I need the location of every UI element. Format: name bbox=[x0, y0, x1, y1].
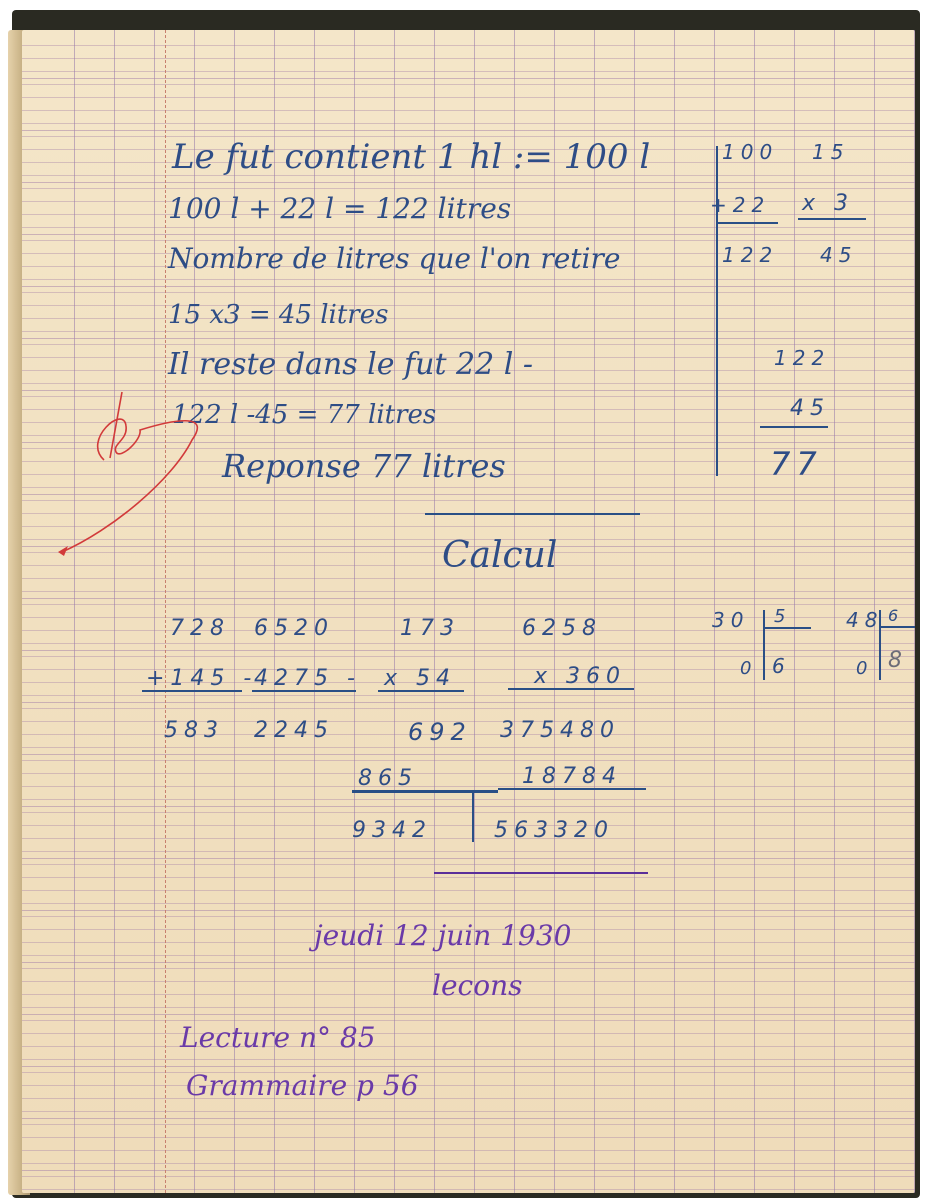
partial-right: 18784 bbox=[522, 766, 622, 788]
side-add-rule bbox=[718, 222, 778, 224]
div1-quotient: 6 bbox=[772, 656, 791, 676]
side-sub-top: 122 bbox=[774, 348, 830, 368]
op2-result: 2245 bbox=[254, 720, 334, 742]
side-add-result: 122 bbox=[722, 245, 778, 265]
notebook-page: Le fut contient 1 hl := 100 l 100 l + 22… bbox=[22, 30, 915, 1193]
total-left: 9342 bbox=[352, 820, 432, 842]
total-right: 563320 bbox=[494, 820, 614, 842]
side-sub-bottom: 45 bbox=[790, 398, 830, 420]
div2-rule bbox=[879, 626, 915, 628]
op4-rule bbox=[508, 688, 634, 690]
answer-line: Reponse 77 litres bbox=[222, 450, 506, 482]
problem-line-3: Nombre de litres que l'on retire bbox=[168, 245, 620, 273]
answer-underline bbox=[425, 513, 640, 515]
lesson-item-reading: Lecture n° 85 bbox=[180, 1024, 376, 1052]
op2-bottom: 4275 - bbox=[254, 668, 361, 690]
op2-rule bbox=[252, 690, 356, 692]
total-divider bbox=[472, 792, 474, 842]
red-grade-mark bbox=[52, 380, 222, 560]
lesson-item-grammar: Grammaire p 56 bbox=[186, 1072, 419, 1100]
div2-vrule bbox=[879, 610, 881, 680]
div2-divisor: 6 bbox=[888, 608, 904, 624]
side-sub-rule bbox=[760, 426, 828, 428]
lesson-date: jeudi 12 juin 1930 bbox=[314, 922, 571, 950]
op1-rule bbox=[142, 690, 242, 692]
op1-top: 728 bbox=[170, 618, 230, 640]
op3-rule bbox=[378, 690, 464, 692]
partial-rule-right bbox=[498, 788, 646, 790]
op4-bottom: x 360 bbox=[534, 666, 626, 688]
div2-remainder: 0 bbox=[856, 660, 873, 678]
partial-left: 865 bbox=[358, 768, 418, 790]
side-mult-top: 15 bbox=[812, 142, 849, 162]
side-mult-rule bbox=[798, 218, 866, 220]
side-add-bottom: +22 bbox=[710, 195, 770, 215]
calcul-end-rule bbox=[434, 872, 648, 874]
problem-line-5: Il reste dans le fut 22 l - bbox=[168, 350, 533, 380]
div2-quotient: 8 bbox=[888, 650, 908, 672]
op1-bottom: +145 - bbox=[146, 668, 257, 690]
div1-vrule bbox=[763, 610, 765, 680]
div2-dividend: 48 bbox=[846, 610, 883, 630]
div1-divisor: 5 bbox=[774, 608, 791, 626]
calcul-title: Calcul bbox=[442, 538, 557, 574]
margin-line bbox=[165, 30, 167, 1193]
op3-top: 173 bbox=[400, 618, 460, 640]
op4-top: 6258 bbox=[522, 618, 602, 640]
div1-remainder: 0 bbox=[740, 660, 757, 678]
partial-rule-left bbox=[352, 790, 498, 793]
problem-line-2: 100 l + 22 l = 122 litres bbox=[168, 195, 511, 223]
side-mult-bottom: x 3 bbox=[802, 193, 854, 215]
side-add-top: 100 bbox=[722, 142, 778, 162]
op3-bottom: x 54 bbox=[384, 668, 456, 690]
side-sub-result: 77 bbox=[770, 448, 823, 480]
lessons-title: lecons bbox=[432, 972, 522, 1000]
problem-line-4: 15 x3 = 45 litres bbox=[168, 302, 388, 328]
op2-top: 6520 bbox=[254, 618, 334, 640]
side-mult-result: 45 bbox=[820, 245, 857, 265]
op1-result: 583 bbox=[164, 720, 224, 742]
op4-result: 375480 bbox=[500, 720, 620, 742]
problem-line-1: Le fut contient 1 hl := 100 l bbox=[172, 140, 650, 174]
op3-result: 692 bbox=[408, 720, 472, 744]
div1-dividend: 30 bbox=[712, 610, 749, 630]
div1-rule bbox=[763, 627, 811, 629]
